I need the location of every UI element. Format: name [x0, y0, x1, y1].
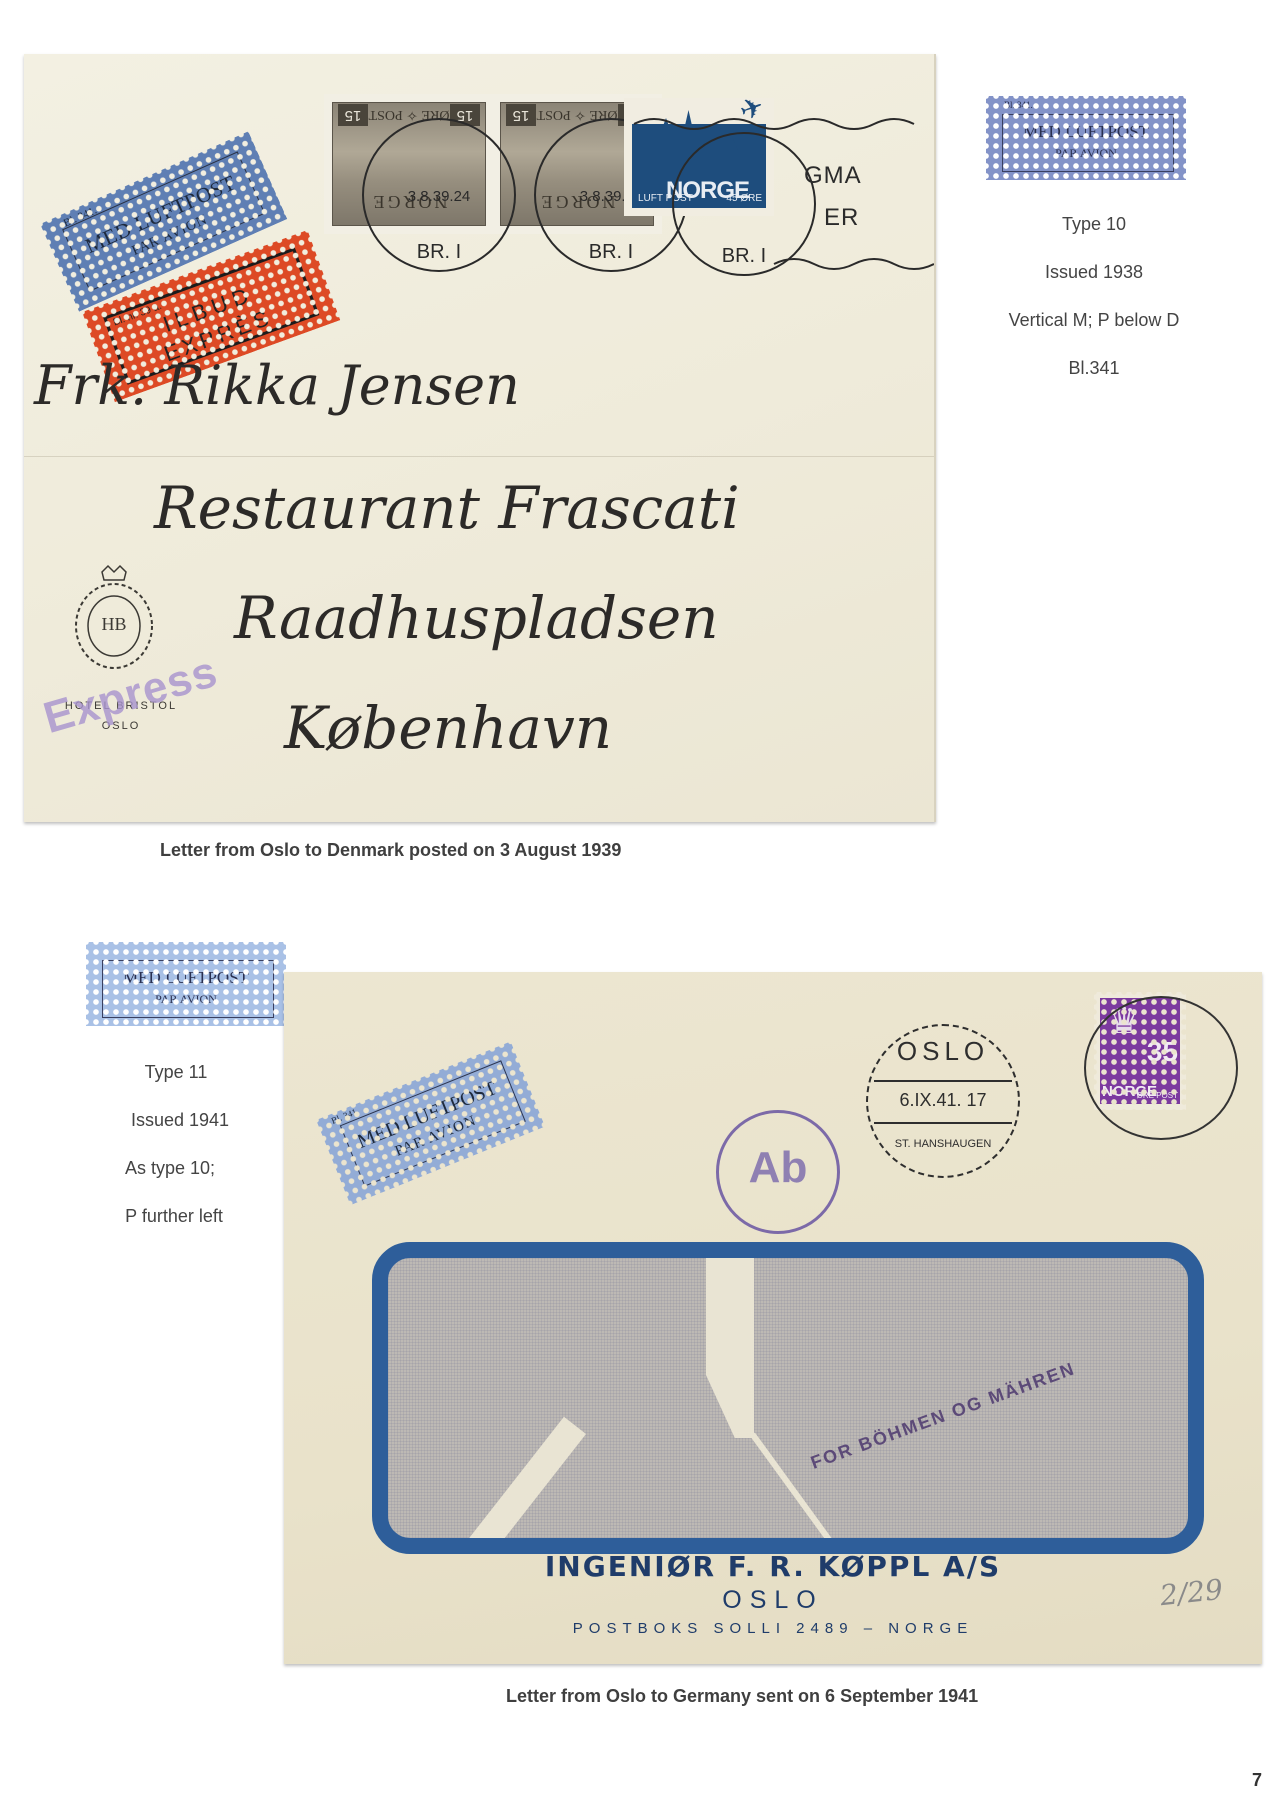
type-title: Type 11 — [76, 1062, 276, 1083]
destination-cachet: FOR BÖHMEN OG MÄHREN — [808, 1358, 1078, 1473]
slogan-cancel: GMA — [804, 162, 862, 190]
wavy-cancel-lines — [624, 94, 934, 274]
address-line-2: Restaurant Frascati — [154, 474, 740, 542]
type-title: Type 10 — [964, 214, 1224, 235]
caption-cover-2: Letter from Oslo to Germany sent on 6 Se… — [506, 1686, 978, 1707]
address-line-1: Frk. Rikka Jensen — [34, 354, 520, 417]
issued-year: Issued 1941 — [80, 1110, 280, 1131]
type-11-label-sample: MED LUFTPOST PAR AVION — [86, 942, 286, 1026]
slogan-cancel: ER — [824, 204, 859, 232]
airmail-label: Bl. 341. MED LUFTPOST PAR AVION — [316, 1041, 545, 1205]
censor-mark: Ab — [716, 1110, 840, 1234]
postmark: 3.8.39.24 BR. I — [362, 118, 516, 272]
postmark — [1084, 996, 1238, 1140]
fold-line — [24, 456, 934, 457]
issued-year: Issued 1938 — [964, 262, 1224, 283]
cover-1939: Bl. 341. MED LUFTPOST PAR AVION Bl. nr. … — [24, 54, 936, 822]
company-city: OSLO — [284, 1586, 1262, 1615]
caption-cover-1: Letter from Oslo to Denmark posted on 3 … — [160, 840, 621, 861]
address-window: FOR BÖHMEN OG MÄHREN — [372, 1242, 1204, 1554]
address-line-4: København — [284, 694, 612, 762]
company-address: POSTBOKS SOLLI 2489 – NORGE — [284, 1620, 1262, 1637]
type-10-label-sample: Bl. 341. MED LUFTPOST PAR AVION — [986, 96, 1186, 180]
type-description-2: P further left — [74, 1206, 274, 1227]
pencil-note: 2/29 — [1158, 1573, 1224, 1612]
page-number: 7 — [1252, 1770, 1262, 1791]
catalog-number: Bl.341 — [964, 358, 1224, 379]
company-name: INGENIØR F. R. KØPPL A/S — [284, 1550, 1262, 1583]
svg-text:HB: HB — [101, 614, 126, 634]
cover-1941: Bl. 341. MED LUFTPOST PAR AVION Ab OSLO … — [284, 972, 1262, 1664]
address-line-3: Raadhuspladsen — [234, 584, 719, 652]
type-description: As type 10; — [70, 1158, 270, 1179]
type-description: Vertical M; P below D — [964, 310, 1224, 331]
postmark: OSLO 6.IX.41. 17 ST. HANSHAUGEN — [866, 1024, 1020, 1178]
